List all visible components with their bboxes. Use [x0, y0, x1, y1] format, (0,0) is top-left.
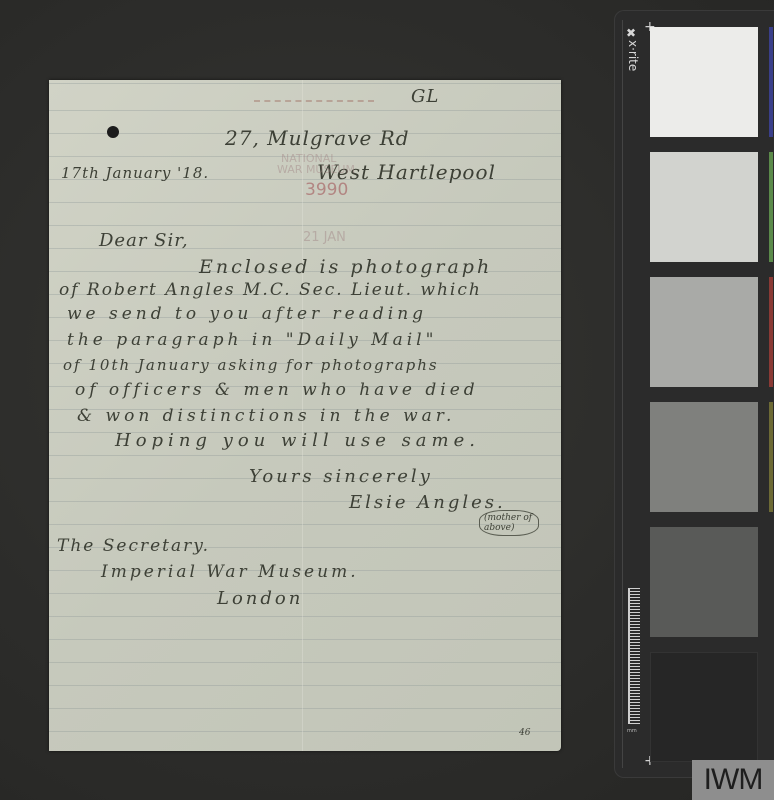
swatch-dark-gray: [650, 527, 758, 637]
closing: Yours sincerely: [249, 466, 433, 487]
body-line-7: & won distinctions in the war.: [77, 406, 455, 426]
side-swatch-yellow: [769, 402, 773, 512]
brand-label: x·rite: [626, 40, 640, 71]
iwm-watermark: IWM: [692, 760, 774, 800]
letter-date: 17th January '18.: [61, 164, 209, 182]
recipient-line-3: London: [217, 588, 303, 609]
card-border-line: [622, 20, 623, 768]
stamp-line-2: WAR MUSEUM: [277, 163, 355, 176]
signature-note: (mother of above): [479, 510, 539, 536]
xrite-brand: ✖ x·rite: [624, 24, 644, 94]
ruler-unit-label: mm: [627, 728, 637, 734]
body-line-2: of Robert Angles M.C. Sec. Lieut. which: [59, 280, 482, 300]
body-line-6: of officers & men who have died: [75, 380, 479, 400]
stamp-number: 3990: [305, 180, 348, 200]
side-swatch-blue: [769, 27, 773, 137]
recipient-line-2: Imperial War Museum.: [101, 562, 359, 582]
letter-page: GL 27, Mulgrave Rd West Hartlepool 17th …: [49, 80, 561, 751]
page-number: 46: [519, 728, 530, 738]
signature: Elsie Angles.: [349, 492, 506, 513]
recipient-line-1: The Secretary.: [57, 536, 210, 556]
punch-hole: [107, 126, 119, 138]
swatch-light-gray: [650, 152, 758, 262]
swatch-white: [650, 27, 758, 137]
address-line-1: 27, Mulgrave Rd: [225, 126, 410, 150]
swatch-mid-light-gray: [650, 277, 758, 387]
body-line-4: the paragraph in "Daily Mail": [67, 330, 437, 350]
reference-mark: GL: [411, 86, 439, 107]
stamp-date: 21 JAN: [303, 230, 346, 245]
body-line-8: Hoping you will use same.: [115, 430, 480, 451]
xrite-logo-icon: ✖: [626, 26, 636, 40]
swatch-black: [650, 652, 758, 762]
body-line-5: of 10th January asking for photographs: [63, 356, 439, 374]
color-checker-card: ✖ x·rite + + mm: [614, 10, 774, 778]
body-line-1: Enclosed is photograph: [199, 256, 492, 278]
body-line-3: we send to you after reading: [67, 304, 427, 324]
faint-red-mark: [254, 100, 374, 104]
swatch-mid-gray: [650, 402, 758, 512]
mm-ruler: [628, 588, 640, 724]
side-swatch-red: [769, 277, 773, 387]
salutation: Dear Sir,: [99, 230, 189, 251]
side-swatch-green: [769, 152, 773, 262]
